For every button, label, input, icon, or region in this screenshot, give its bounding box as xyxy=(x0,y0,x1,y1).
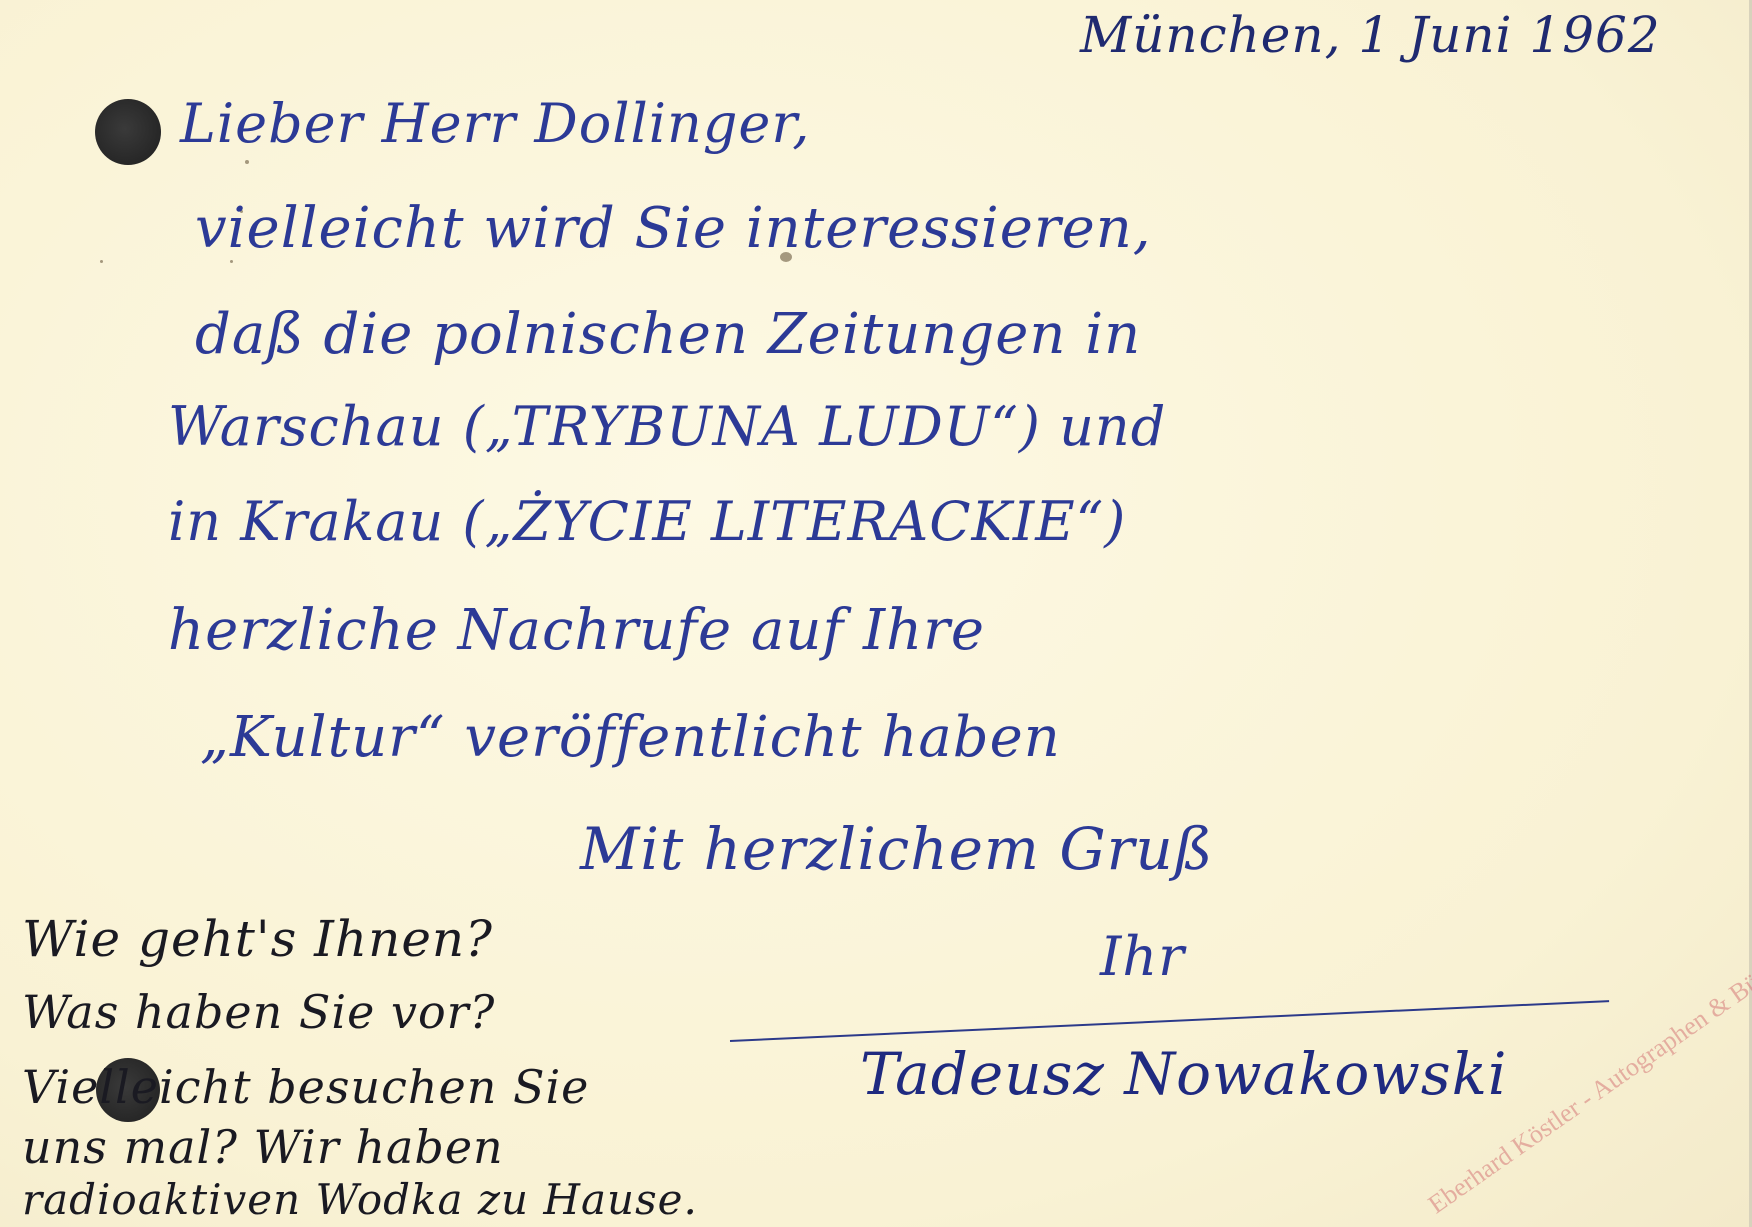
dust-speck xyxy=(245,160,249,164)
body-line-1: vielleicht wird Sie interessieren, xyxy=(195,196,1152,261)
postcard: München, 1 Juni 1962 Lieber Herr Dolling… xyxy=(0,0,1752,1227)
postscript-line-5: radioaktiven Wodka zu Hause. xyxy=(22,1175,698,1224)
body-line-4: in Krakau („ŻYCIE LITERACKIE“) xyxy=(168,490,1126,553)
body-line-5: herzliche Nachrufe auf Ihre xyxy=(168,598,985,663)
closing: Mit herzlichem Gruß xyxy=(580,815,1214,883)
closing-ihr: Ihr xyxy=(1100,925,1185,988)
dateline: München, 1 Juni 1962 xyxy=(1080,6,1661,64)
postscript-line-4: uns mal? Wir haben xyxy=(22,1120,504,1174)
body-line-6: „Kultur“ veröffentlicht haben xyxy=(200,705,1061,770)
postscript-line-1: Wie geht's Ihnen? xyxy=(22,910,493,968)
postscript-line-2: Was haben Sie vor? xyxy=(22,985,495,1039)
body-line-2: daß die polnischen Zeitungen in xyxy=(195,302,1141,367)
dust-speck xyxy=(100,260,103,263)
salutation: Lieber Herr Dollinger, xyxy=(180,92,810,155)
signature: Tadeusz Nowakowski xyxy=(860,1040,1507,1108)
punch-hole-top xyxy=(95,99,161,165)
body-line-3: Warschau („TRYBUNA LUDU“) und xyxy=(168,395,1166,458)
postscript-line-3: Vielleicht besuchen Sie xyxy=(22,1060,589,1114)
signature-underline xyxy=(730,1000,1609,1042)
